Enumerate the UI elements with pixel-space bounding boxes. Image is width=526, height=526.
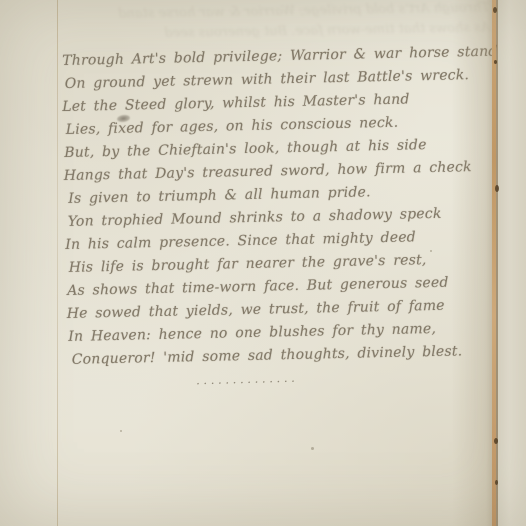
binding-speck xyxy=(495,185,499,192)
paper-speck xyxy=(311,447,314,450)
page-fold-crease xyxy=(57,0,58,526)
binding-speck xyxy=(494,60,497,64)
next-page-edge xyxy=(498,0,526,526)
dotted-separator: .............. xyxy=(196,371,299,388)
binding-speck xyxy=(494,438,498,444)
paper-speck xyxy=(430,250,432,252)
manuscript-page-photo: Through Art's bold privilege; Warrior & … xyxy=(0,0,526,526)
binding-gutter-shadow xyxy=(452,0,492,526)
verso-show-through: Through Art's bold privilege; Warrior & … xyxy=(60,0,491,46)
binding-speck xyxy=(495,480,498,485)
verso-ghost-line: Through Art's bold privilege; Warrior & … xyxy=(60,0,490,26)
poem-body: Through Art's bold privilege; Warrior & … xyxy=(62,41,501,372)
paper-speck xyxy=(120,430,122,432)
binding-speck xyxy=(493,7,497,13)
